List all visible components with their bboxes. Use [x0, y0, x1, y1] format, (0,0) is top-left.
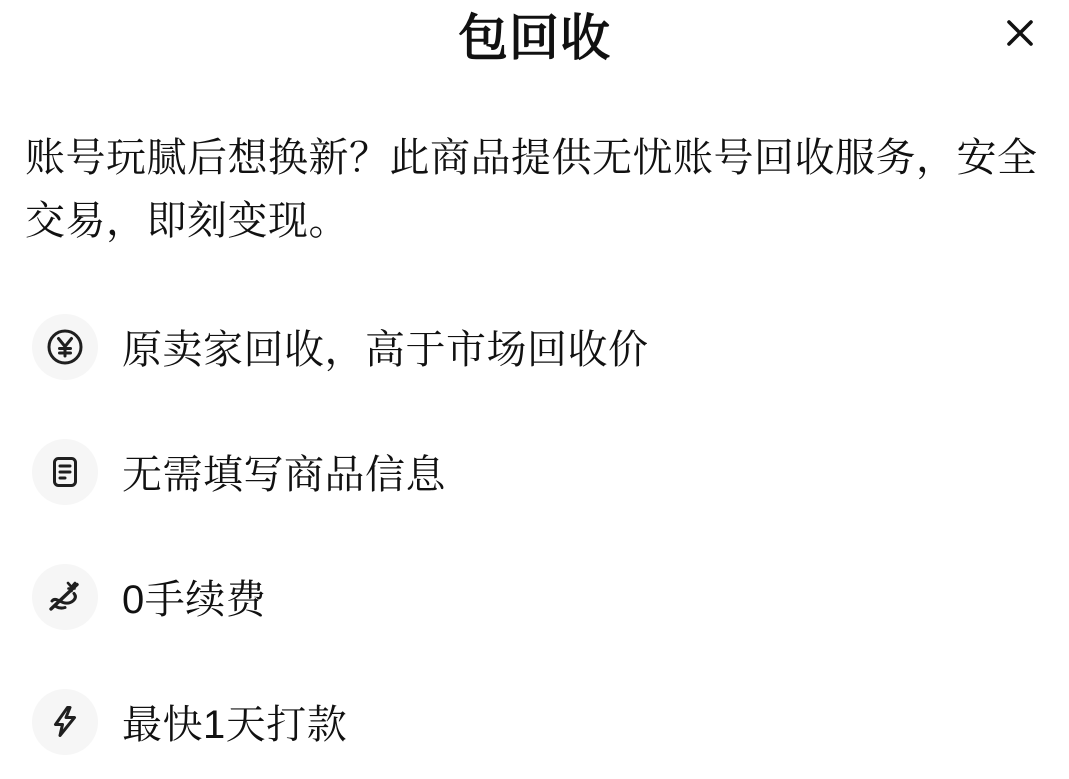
- modal-description: 账号玩腻后想换新？此商品提供无忧账号回收服务，安全交易，即刻变现。: [25, 127, 1044, 253]
- lightning-icon: [32, 689, 98, 755]
- feature-label: 最快1天打款: [122, 693, 347, 750]
- modal-header: 包回收: [25, 10, 1044, 66]
- feature-row-zero-fee: 0手续费: [25, 534, 1044, 659]
- feature-row-fast-payment: 最快1天打款: [25, 659, 1044, 779]
- feature-row-seller-buyback: 原卖家回收，高于市场回收价: [25, 284, 1044, 409]
- modal-title: 包回收: [25, 10, 1044, 66]
- feature-label: 无需填写商品信息: [122, 443, 446, 500]
- document-info-icon: [32, 439, 98, 505]
- close-button[interactable]: [998, 12, 1042, 56]
- buyback-modal: 包回收 账号玩腻后想换新？此商品提供无忧账号回收服务，安全交易，即刻变现。 原卖…: [0, 0, 1069, 779]
- yuan-coin-icon: [32, 314, 98, 380]
- feature-label: 原卖家回收，高于市场回收价: [122, 318, 649, 375]
- x-close-icon: [1003, 16, 1037, 53]
- feature-row-no-form: 无需填写商品信息: [25, 409, 1044, 534]
- feature-label: 0手续费: [122, 568, 266, 625]
- zero-fee-icon: [32, 564, 98, 630]
- feature-list: 原卖家回收，高于市场回收价 无需填写商品信息 0手续费: [25, 284, 1044, 779]
